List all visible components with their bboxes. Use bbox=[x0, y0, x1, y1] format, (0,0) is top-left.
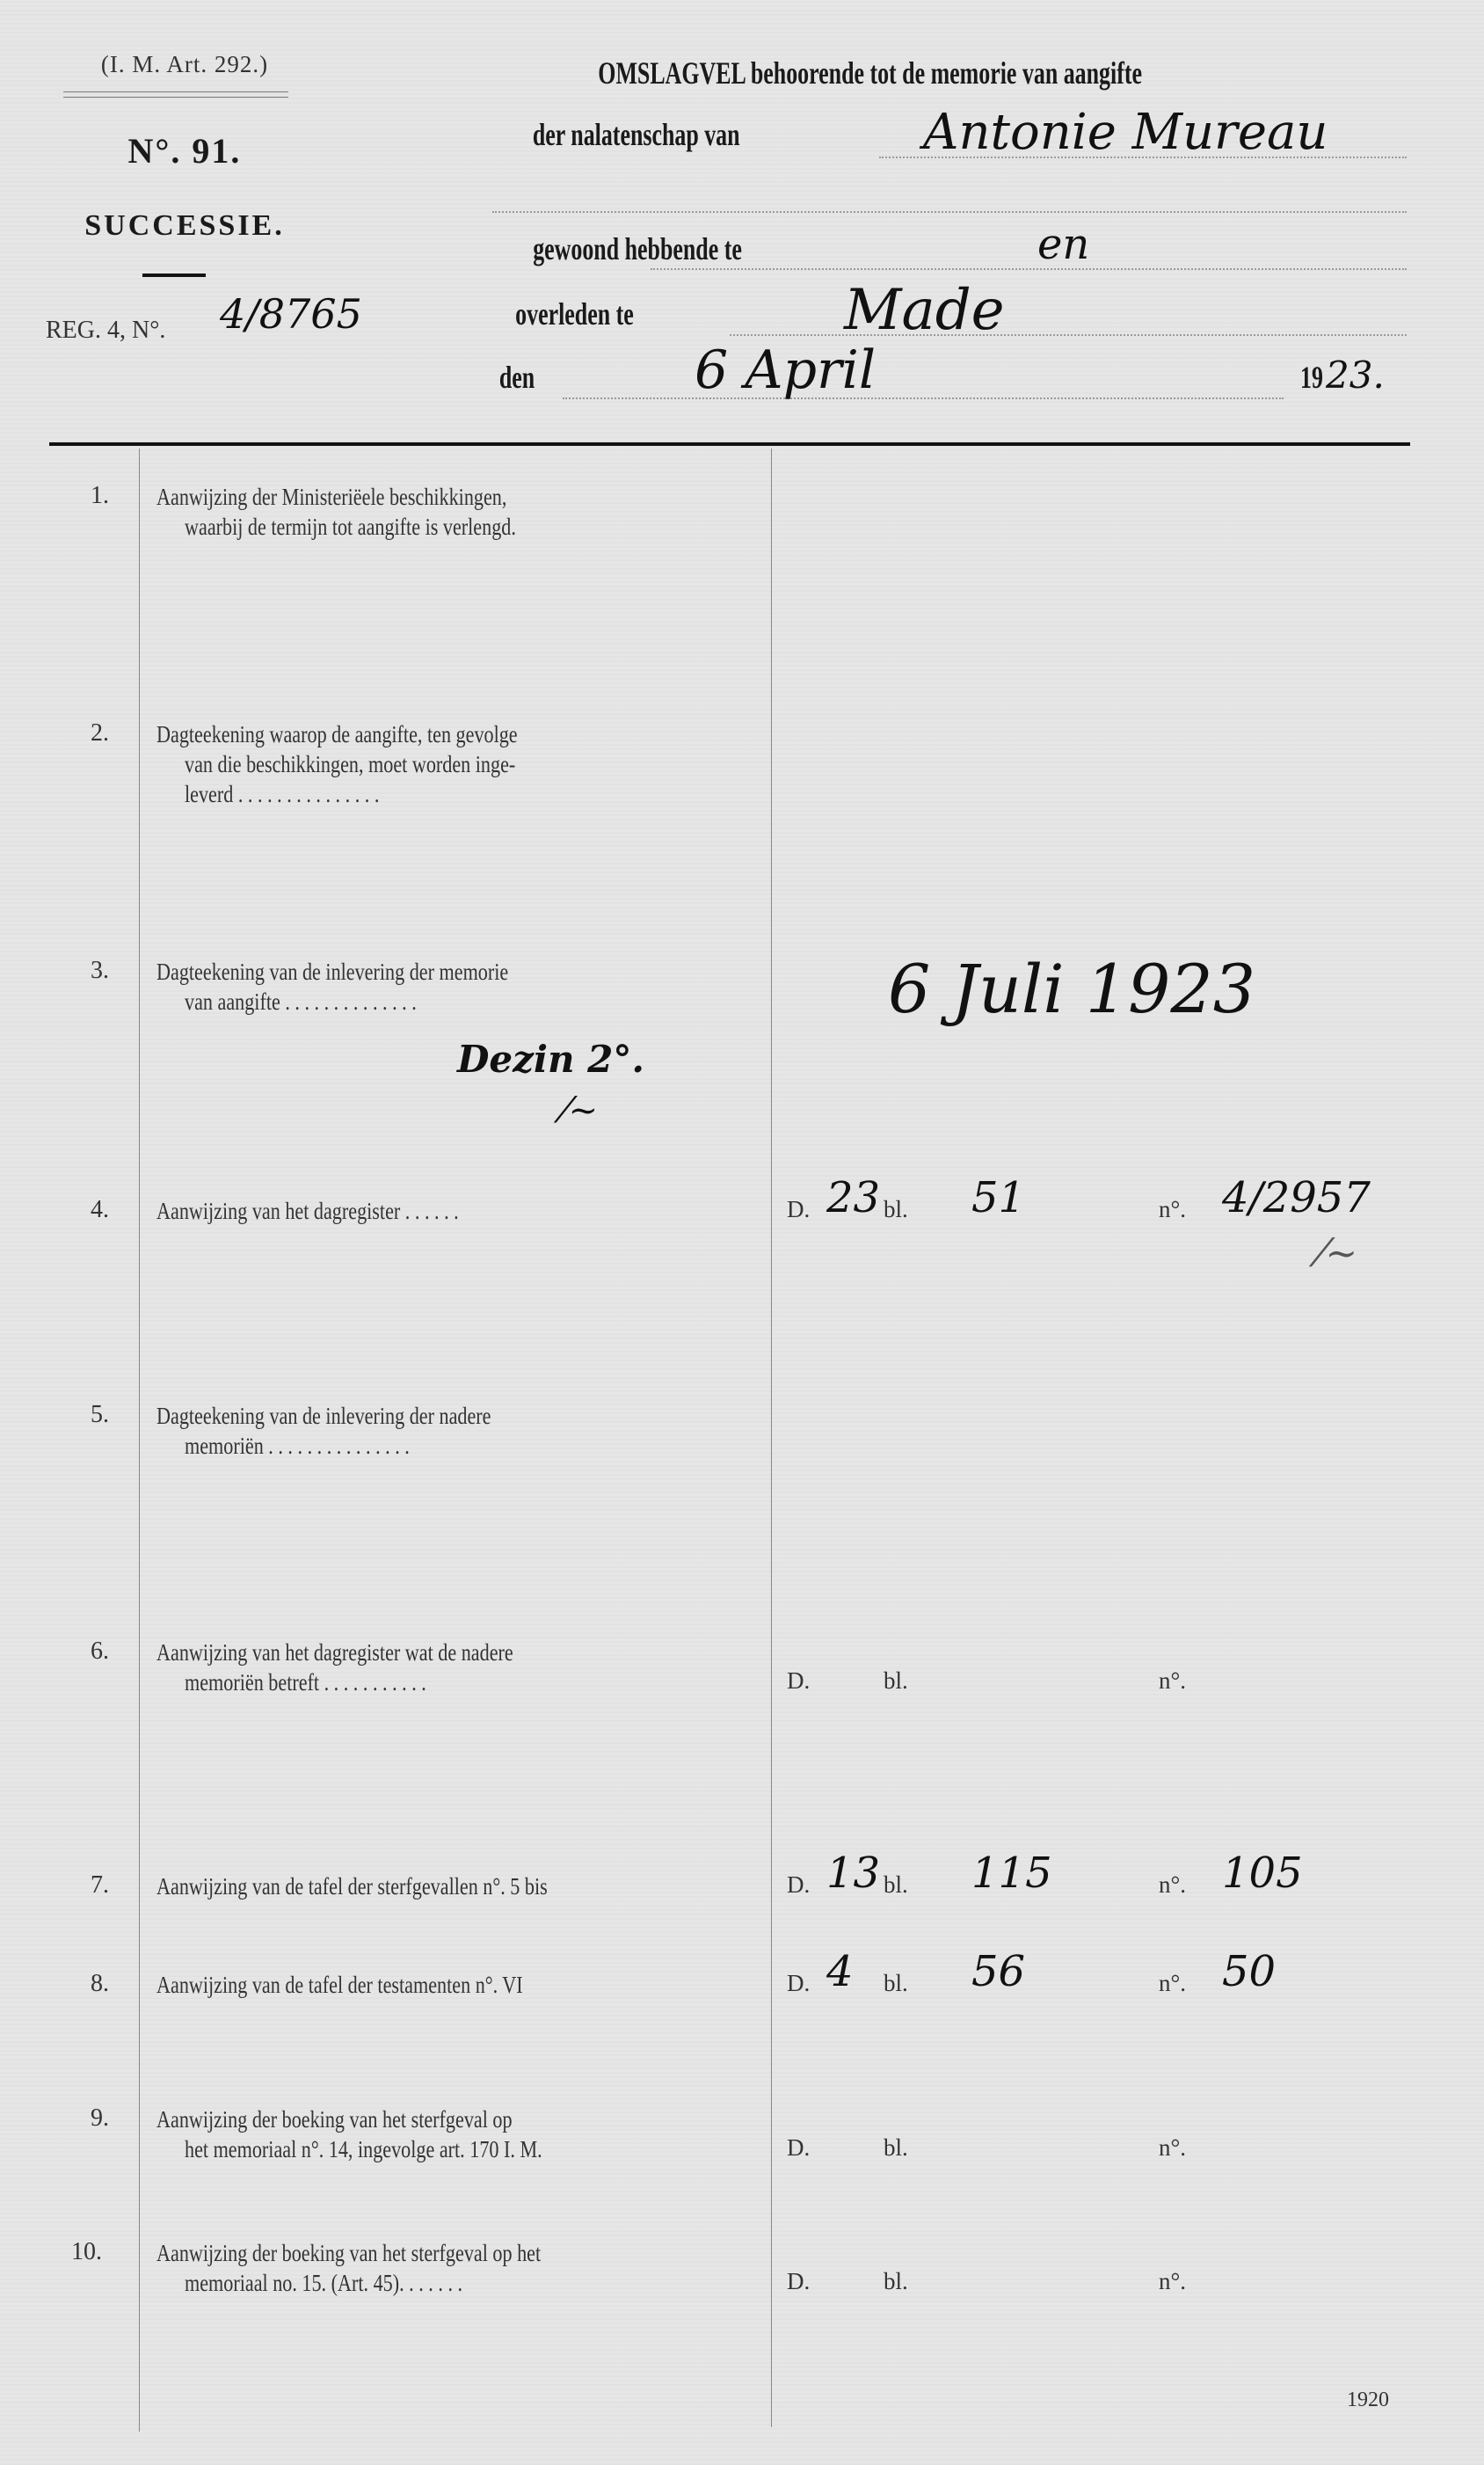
ref-label-D: D. bbox=[787, 1667, 810, 1695]
row-label-line: Aanwijzing der Ministeriëele beschikking… bbox=[156, 482, 506, 512]
blank-fill-line bbox=[492, 211, 1407, 213]
initials-mark-2: ⁄~ bbox=[1319, 1231, 1357, 1276]
row-number: 10. bbox=[49, 2238, 102, 2266]
register-label: REG. 4, N°. bbox=[46, 317, 165, 345]
ref-value-D: 13 bbox=[826, 1849, 880, 1898]
row-number: 4. bbox=[56, 1196, 109, 1224]
ref-label-bl: bl. bbox=[884, 2134, 908, 2162]
resided-value: en bbox=[1037, 220, 1089, 269]
row-label-line: Aanwijzing van het dagregister . . . . .… bbox=[156, 1196, 459, 1226]
date-label: den bbox=[499, 359, 535, 396]
row-3-value: 6 Juli 1923 bbox=[888, 950, 1255, 1028]
heir-label: der nalatenschap van bbox=[533, 116, 740, 153]
row-number: 3. bbox=[56, 957, 109, 985]
row-label-line: memoriën . . . . . . . . . . . . . . . bbox=[185, 1431, 410, 1461]
ref-label-D: D. bbox=[787, 2134, 810, 2162]
ref-label-D: D. bbox=[787, 1196, 810, 1223]
row-number: 6. bbox=[56, 1637, 109, 1666]
ref-label-no: n°. bbox=[1159, 1667, 1186, 1695]
row-label-line: van die beschikkingen, moet worden inge- bbox=[185, 749, 515, 779]
ref-label-bl: bl. bbox=[884, 1667, 908, 1695]
ref-label-D: D. bbox=[787, 1970, 810, 1997]
ref-label-no: n°. bbox=[1159, 1970, 1186, 1997]
date-fill-line bbox=[563, 397, 1284, 399]
row-label-line: waarbij de termijn tot aangifte is verle… bbox=[185, 512, 516, 542]
row-label-line: Aanwijzing van de tafel der testamenten … bbox=[156, 1970, 523, 2000]
ref-value-bl: 56 bbox=[971, 1947, 1025, 1996]
died-label: overleden te bbox=[515, 295, 634, 332]
print-year: 1920 bbox=[1347, 2388, 1389, 2412]
row-label-line: Aanwijzing van de tafel der sterfgevalle… bbox=[156, 1871, 548, 1901]
row-number: 2. bbox=[56, 719, 109, 748]
row-label-line: het memoriaal n°. 14, ingevolge art. 170… bbox=[185, 2134, 542, 2164]
row-number: 7. bbox=[56, 1871, 109, 1900]
row-label-line: Aanwijzing der boeking van het sterfgeva… bbox=[156, 2104, 513, 2134]
row-label-line: Aanwijzing van het dagregister wat de na… bbox=[156, 1637, 513, 1667]
row-label-line: Dagteekening van de inlevering der memor… bbox=[156, 957, 508, 987]
ref-label-bl: bl. bbox=[884, 1871, 908, 1899]
ref-label-D: D. bbox=[787, 2268, 810, 2295]
resided-label: gewoond hebbende te bbox=[533, 230, 742, 267]
ref-label-D: D. bbox=[787, 1871, 810, 1899]
row-label-line: memoriaal no. 15. (Art. 45). . . . . . . bbox=[185, 2268, 462, 2298]
row-number: 8. bbox=[56, 1970, 109, 1998]
header-line-1: OMSLAGVEL behoorende tot de memorie van … bbox=[598, 55, 1142, 91]
title-divider bbox=[142, 273, 206, 277]
year-handwritten: 23. bbox=[1326, 354, 1385, 397]
ref-label-bl: bl. bbox=[884, 2268, 908, 2295]
ref-label-bl: bl. bbox=[884, 1196, 908, 1223]
row-label-line: Dagteekening waarop de aangifte, ten gev… bbox=[156, 719, 518, 749]
article-underline-2 bbox=[63, 97, 288, 98]
ref-value-no: 50 bbox=[1222, 1947, 1276, 1996]
row-label-line: van aangifte . . . . . . . . . . . . . . bbox=[185, 987, 417, 1017]
ref-value-bl: 115 bbox=[971, 1849, 1052, 1898]
ref-label-no: n°. bbox=[1159, 1871, 1186, 1899]
ref-value-no: 4/2957 bbox=[1222, 1173, 1371, 1222]
article-underline bbox=[63, 91, 288, 92]
form-title: SUCCESSIE. bbox=[53, 209, 316, 243]
row-label-line: memoriën betreft . . . . . . . . . . . bbox=[185, 1667, 426, 1697]
ref-value-bl: 51 bbox=[971, 1173, 1025, 1222]
column-line-numbers bbox=[139, 449, 140, 2432]
resided-fill-line bbox=[651, 268, 1407, 270]
row-number: 9. bbox=[56, 2104, 109, 2133]
ref-label-no: n°. bbox=[1159, 2134, 1186, 2162]
row-label-line: Aanwijzing der boeking van het sterfgeva… bbox=[156, 2238, 541, 2268]
deceased-name: Antonie Mureau bbox=[923, 104, 1328, 161]
ref-value-D: 23 bbox=[826, 1173, 880, 1222]
header-divider bbox=[49, 442, 1410, 446]
form-number: N°. 91. bbox=[97, 130, 273, 171]
ref-label-no: n°. bbox=[1159, 2268, 1186, 2295]
row-3-annotation: Dezin 2°. bbox=[457, 1038, 644, 1081]
column-line-descriptions bbox=[771, 449, 772, 2427]
ref-label-no: n°. bbox=[1159, 1196, 1186, 1223]
ref-label-bl: bl. bbox=[884, 1970, 908, 1997]
row-label-line: Dagteekening van de inlevering der nader… bbox=[156, 1401, 491, 1431]
year-printed: 19 bbox=[1300, 359, 1323, 396]
ref-value-D: 4 bbox=[826, 1947, 854, 1996]
row-label-line: leverd . . . . . . . . . . . . . . . bbox=[185, 779, 379, 809]
row-number: 1. bbox=[56, 482, 109, 510]
row-number: 5. bbox=[56, 1401, 109, 1429]
died-place: Made bbox=[844, 278, 1005, 343]
article-reference: (I. M. Art. 292.) bbox=[70, 51, 299, 78]
death-date: 6 April bbox=[695, 339, 876, 401]
register-number: 4/8765 bbox=[220, 290, 362, 338]
died-fill-line bbox=[730, 334, 1407, 336]
ref-value-no: 105 bbox=[1222, 1849, 1303, 1898]
initials-mark: ⁄~ bbox=[563, 1090, 598, 1131]
